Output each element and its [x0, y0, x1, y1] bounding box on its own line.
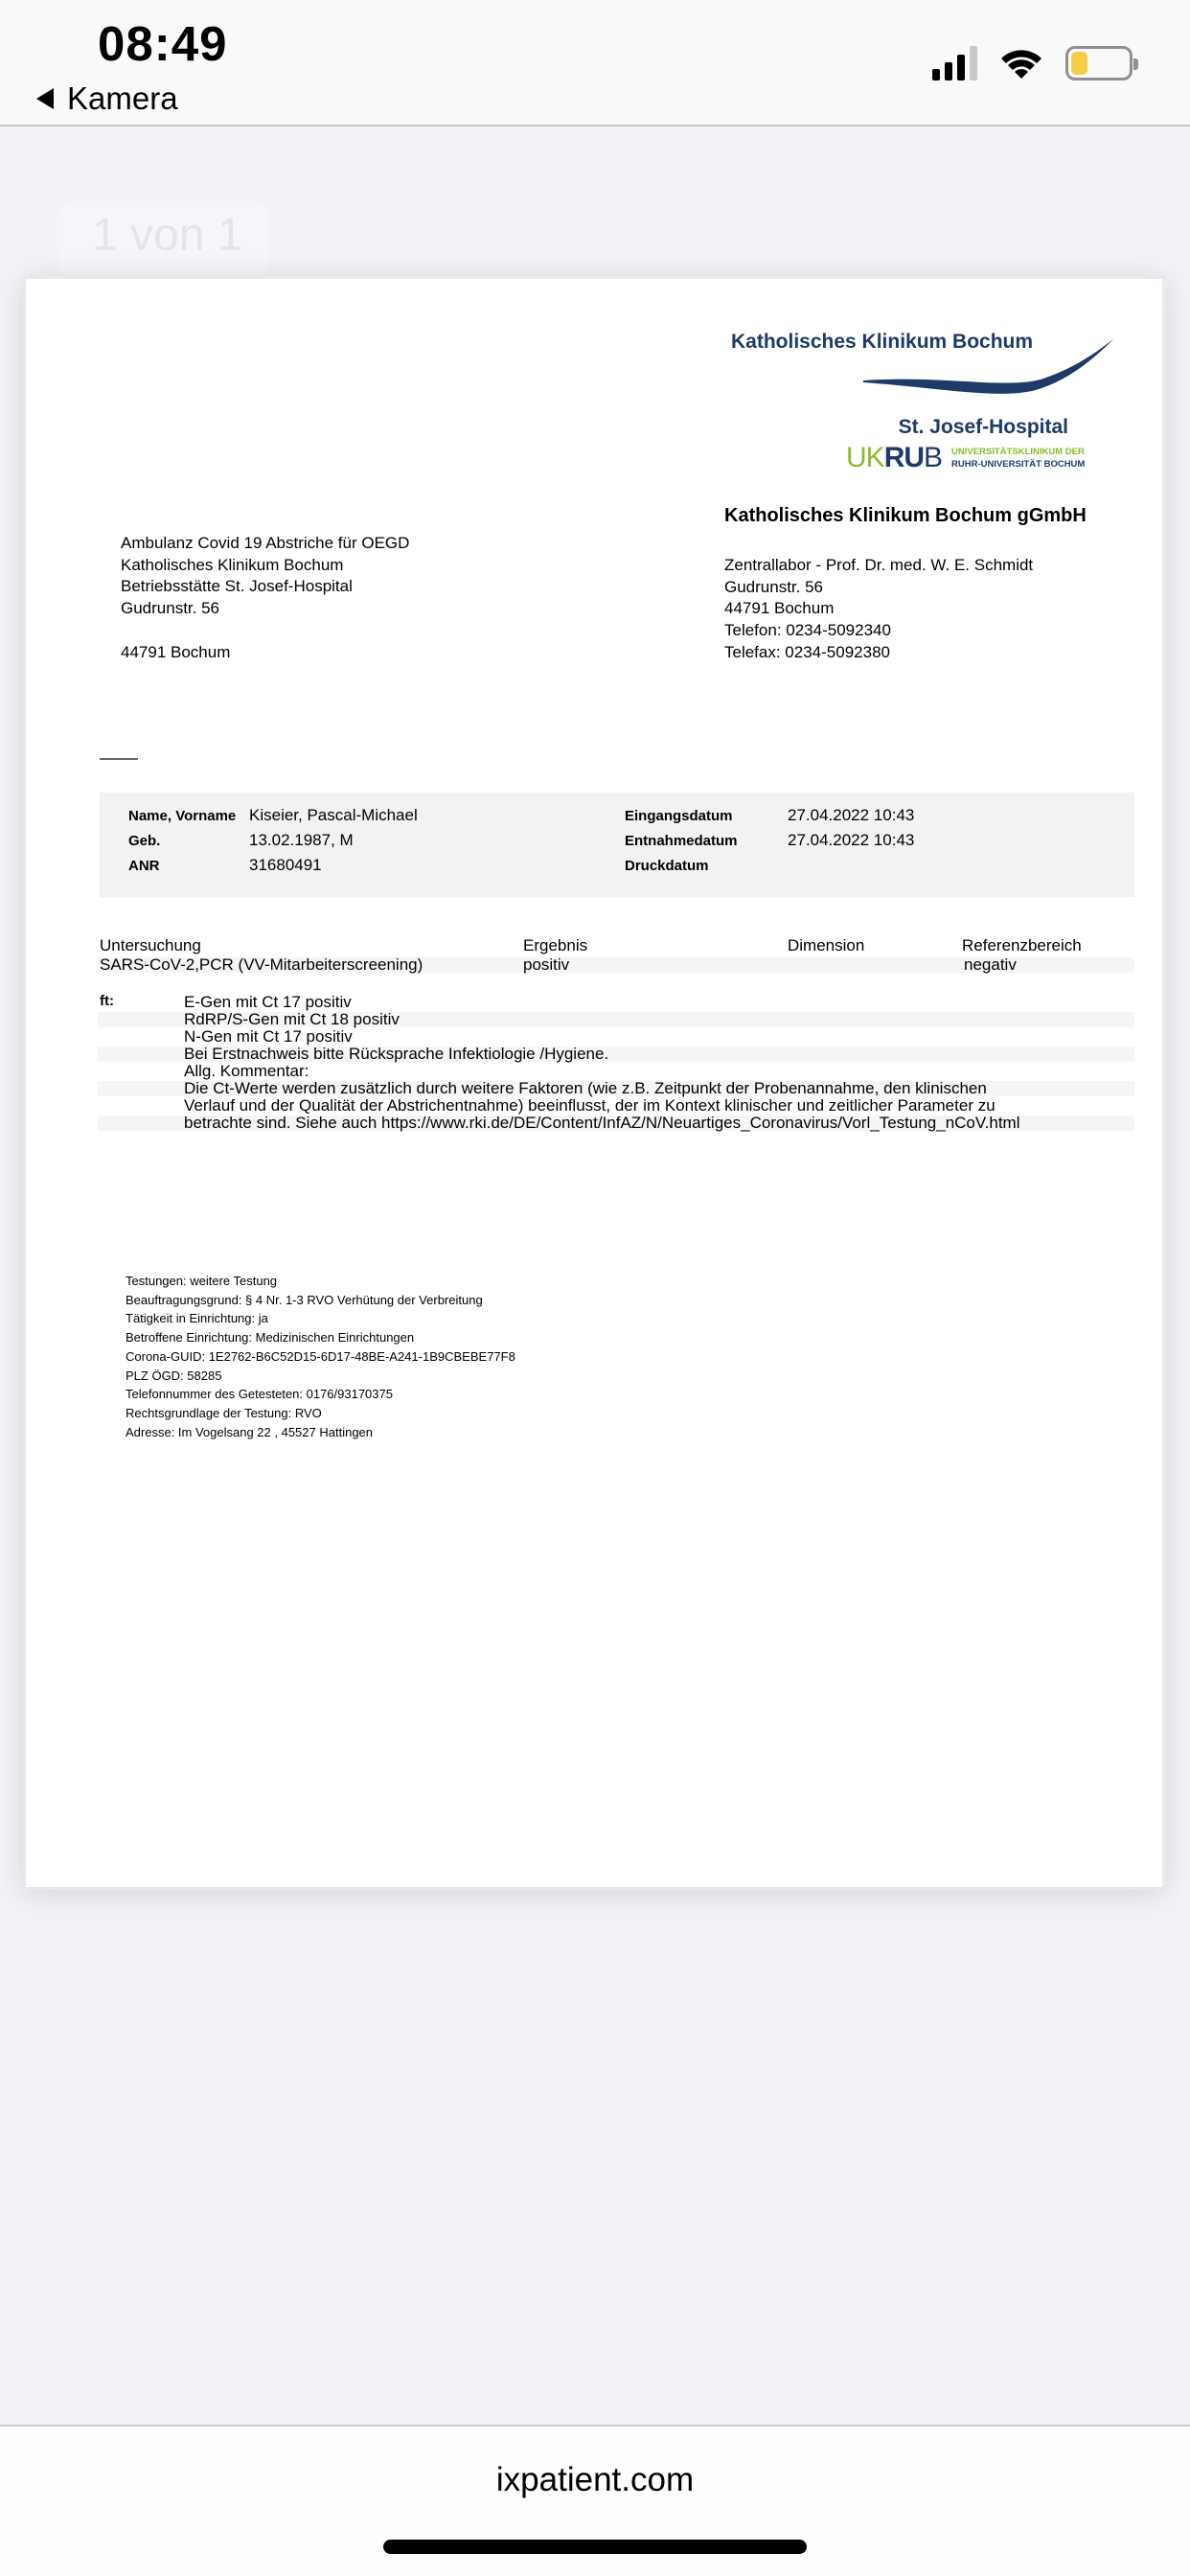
battery-icon — [1065, 46, 1133, 80]
address-line: Telefax: 0234-5092380 — [724, 642, 1033, 664]
back-arrow-icon — [36, 88, 54, 109]
logo-hospital-name: St. Josef-Hospital — [899, 416, 1068, 439]
hospital-logo: Katholisches Klinikum Bochum St. Josef-H… — [731, 331, 1114, 484]
site-url[interactable]: ixpatient.com — [0, 2461, 1190, 2499]
metadata-line: Rechtsgrundlage der Testung: RVO — [126, 1404, 515, 1423]
address-line: Betriebsstätte St. Josef-Hospital — [121, 576, 409, 598]
recipient-address: Ambulanz Covid 19 Abstriche für OEGDKath… — [121, 533, 409, 663]
cellular-signal-icon — [932, 46, 977, 80]
patient-info-box: Name, Vorname Kiseier, Pascal-Michael Ge… — [100, 793, 1134, 897]
footnote-line: N-Gen mit Ct 17 positiv — [184, 1027, 353, 1046]
page-indicator-text: 1 von 1 — [92, 209, 242, 262]
company-name: Katholisches Klinikum Bochum gGmbH — [724, 505, 1087, 527]
address-line: 44791 Bochum — [724, 598, 1033, 620]
divider — [100, 758, 138, 760]
metadata-line: Corona-GUID: 1E2762-B6C52D15-6D17-48BE-A… — [126, 1347, 515, 1367]
top-bar: 08:49 Kamera — [0, 0, 1190, 126]
result-test-name: SARS-CoV-2,PCR (VV-Mitarbeiterscreening) — [100, 955, 423, 975]
footnote-line: Die Ct-Werte werden zusätzlich durch wei… — [184, 1079, 987, 1098]
address-line: Katholisches Klinikum Bochum — [121, 555, 409, 577]
address-line: Gudrunstr. 56 — [724, 577, 1033, 599]
address-line: Gudrunstr. 56 — [121, 598, 409, 620]
metadata-line: PLZ ÖGD: 58285 — [126, 1367, 515, 1386]
page-indicator: 1 von 1 — [57, 201, 268, 278]
address-line — [121, 620, 409, 642]
header-test: Untersuchung — [100, 936, 201, 955]
footnote-line: Allg. Kommentar: — [184, 1062, 309, 1081]
address-line: Ambulanz Covid 19 Abstriche für OEGD — [121, 533, 409, 555]
home-indicator[interactable] — [383, 2540, 807, 2554]
metadata-line: Tätigkeit in Einrichtung: ja — [126, 1309, 515, 1328]
footnote-line: betrachte sind. Siehe auch https://www.r… — [184, 1114, 1020, 1133]
test-metadata: Testungen: weitere TestungBeauftragungsg… — [126, 1272, 515, 1441]
metadata-line: Betroffene Einrichtung: Medizinischen Ei… — [126, 1328, 515, 1347]
university-label: UNIVERSITÄTSKLINIKUM DER RUHR-UNIVERSITÄ… — [951, 446, 1085, 471]
metadata-line: Adresse: Im Vogelsang 22 , 45527 Hatting… — [126, 1423, 515, 1442]
metadata-line: Telefonnummer des Getesteten: 0176/93170… — [126, 1385, 515, 1404]
document-page[interactable]: Katholisches Klinikum Bochum St. Josef-H… — [23, 276, 1165, 1890]
footnote-label: ft: — [100, 993, 114, 1009]
metadata-line: Beauftragungsgrund: § 4 Nr. 1-3 RVO Verh… — [126, 1291, 515, 1310]
lab-address: Zentrallabor - Prof. Dr. med. W. E. Schm… — [724, 555, 1033, 664]
footnote-line: Bei Erstnachweis bitte Rücksprache Infek… — [184, 1045, 608, 1064]
bottom-bar: ixpatient.com — [0, 2425, 1190, 2576]
address-line: Telefon: 0234-5092340 — [724, 620, 1033, 642]
header-result: Ergebnis — [523, 936, 587, 955]
status-time: 08:49 — [98, 15, 227, 72]
wifi-icon — [998, 46, 1044, 80]
header-reference: Referenzbereich — [962, 936, 1082, 955]
back-button[interactable]: Kamera — [36, 80, 178, 117]
logo-swoosh-icon — [731, 331, 1114, 417]
metadata-line: Testungen: weitere Testung — [126, 1272, 515, 1291]
status-icons — [932, 46, 1133, 80]
footnote-line: RdRP/S-Gen mit Ct 18 positiv — [184, 1010, 400, 1029]
result-value: positiv — [523, 955, 569, 975]
footnote-line: Verlauf und der Qualität der Abstrichent… — [184, 1096, 995, 1115]
result-reference: negativ — [964, 955, 1017, 975]
ukrub-logo: UKRUB — [846, 442, 942, 474]
back-label: Kamera — [67, 80, 178, 117]
address-line: Zentrallabor - Prof. Dr. med. W. E. Schm… — [724, 555, 1033, 577]
footnote-line: E-Gen mit Ct 17 positiv — [184, 993, 352, 1012]
address-line: 44791 Bochum — [121, 642, 409, 664]
header-dimension: Dimension — [788, 936, 864, 955]
